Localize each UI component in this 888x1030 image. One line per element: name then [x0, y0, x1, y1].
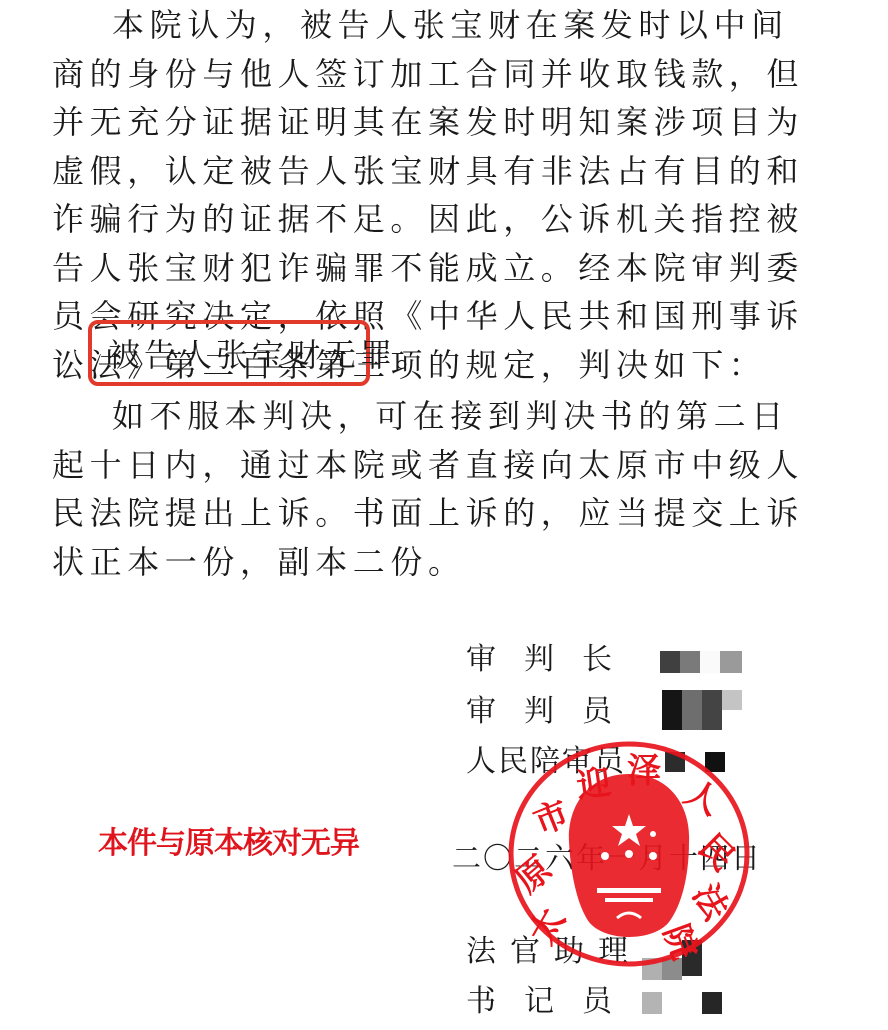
signature-row-clerk: 书记员: [466, 982, 640, 1022]
judgment-page: 本院认为，被告人张宝财在案发时以中间商的身份与他人签订加工合同并收取钱款，但并无…: [0, 0, 888, 1030]
judge-label: 审判员: [466, 692, 640, 732]
svg-text:泽: 泽: [627, 751, 661, 791]
signature-row-judge: 审判员: [466, 692, 640, 732]
verdict-text: 被告人张宝财无罪。: [108, 335, 432, 375]
svg-text:市: 市: [528, 793, 575, 843]
certification-stamp-text: 本件与原本核对无异: [98, 818, 359, 862]
svg-text:迎: 迎: [574, 762, 613, 806]
court-seal-icon: 太 原 市 迎 泽 人 民 法 院: [505, 738, 753, 970]
redacted-name-presiding-judge: [660, 651, 742, 673]
appeal-paragraph: 如不服本判决，可在接到判决书的第二日起十日内，通过本院或者直接向太原市中级人民法…: [52, 392, 822, 586]
presiding-judge-label: 审判长: [466, 640, 640, 680]
redacted-name-judge: [662, 690, 742, 730]
clerk-label: 书记员: [466, 982, 640, 1022]
signature-row-presiding-judge: 审判长: [466, 640, 640, 680]
svg-text:民: 民: [690, 827, 742, 879]
svg-text:原: 原: [508, 849, 560, 901]
redacted-name-clerk: [642, 992, 722, 1014]
